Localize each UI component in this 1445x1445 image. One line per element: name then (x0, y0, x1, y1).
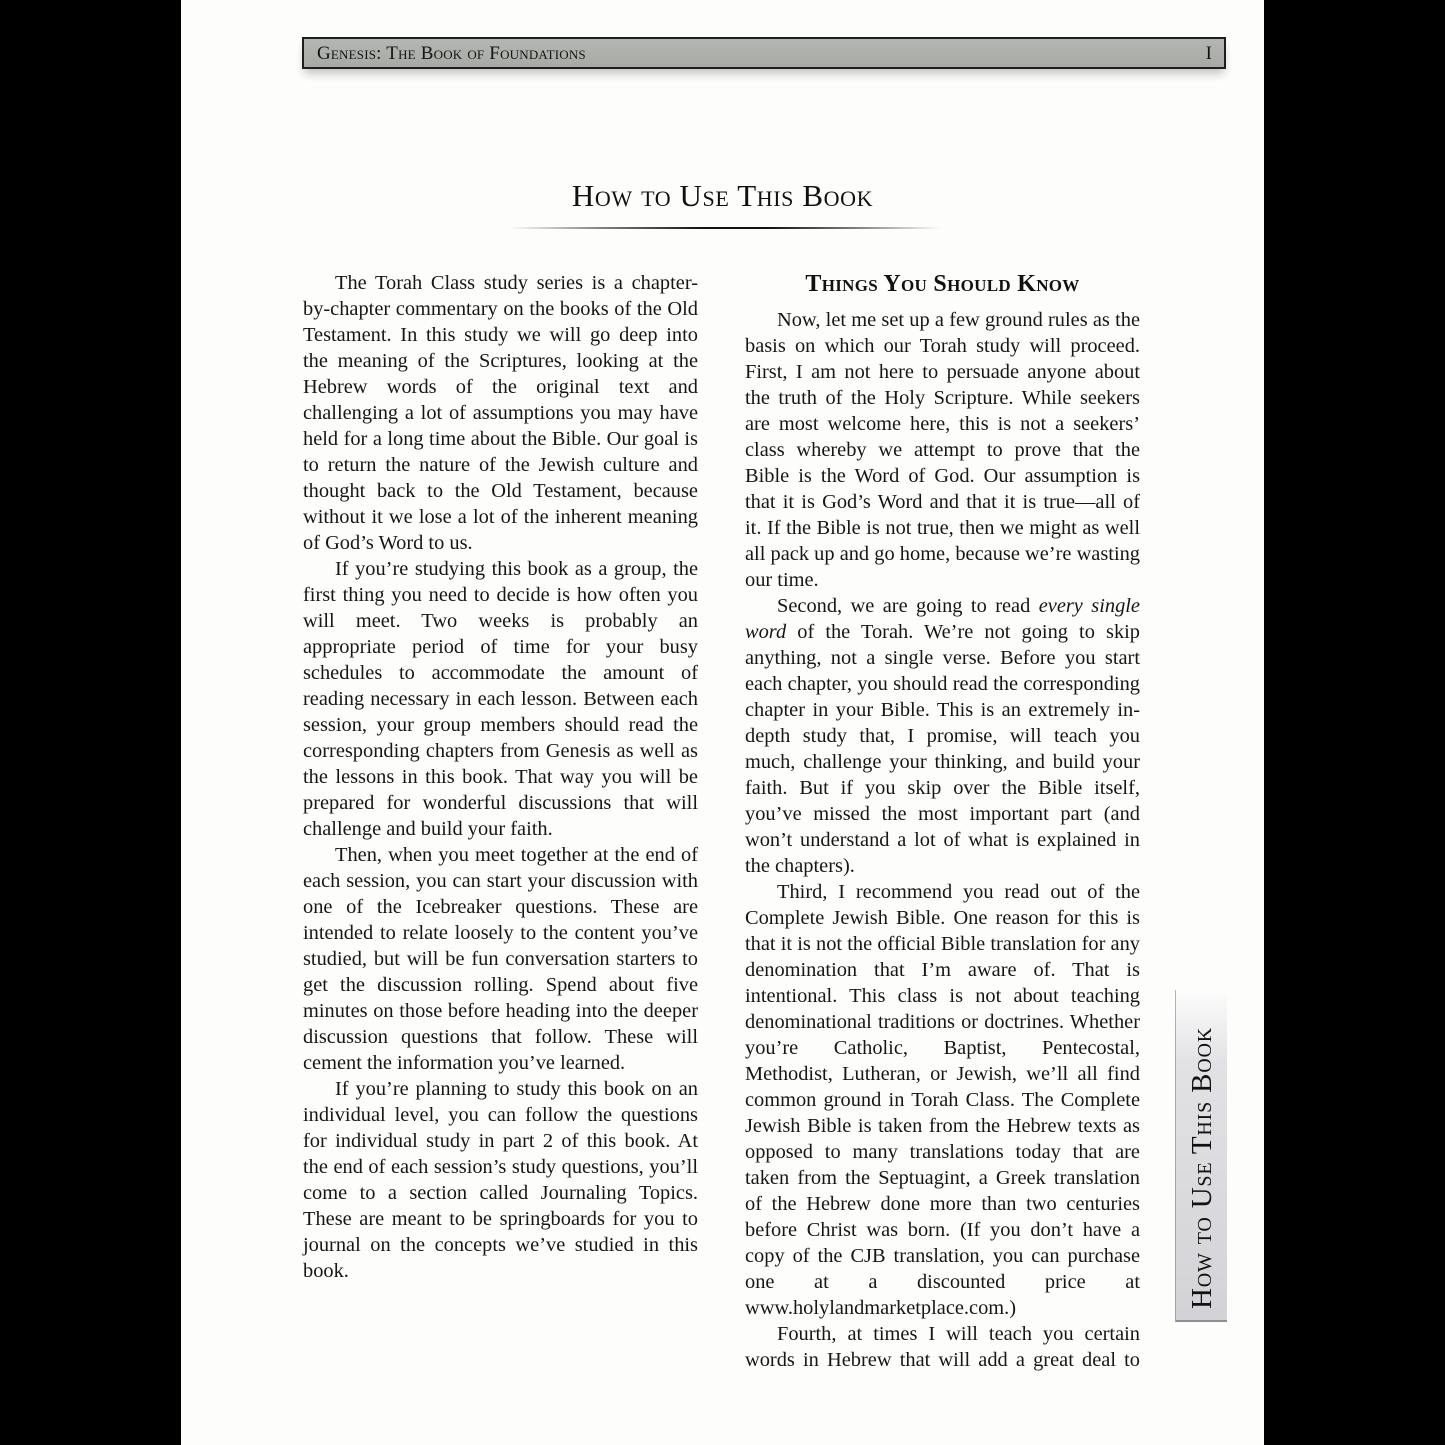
paragraph: Second, we are going to read every singl… (745, 593, 1140, 879)
paragraph-text: Second, we are going to read (777, 595, 1039, 617)
title-underline-divider (510, 227, 940, 229)
paragraph: Fourth, at times I will teach you certai… (745, 1321, 1140, 1373)
running-header-book-title: Genesis: The Book of Foundations (317, 44, 586, 64)
paragraph: Third, I recommend you read out of the C… (745, 879, 1140, 1321)
running-header-bar: Genesis: The Book of Foundations I (302, 37, 1226, 69)
section-heading: Things You Should Know (745, 269, 1140, 299)
book-page: Genesis: The Book of Foundations I How t… (181, 0, 1264, 1445)
paragraph: If you’re planning to study this book on… (303, 1076, 698, 1284)
paragraph: Then, when you meet together at the end … (303, 842, 698, 1076)
right-text-column: Things You Should Know Now, let me set u… (745, 269, 1140, 1373)
paragraph: If you’re studying this book as a group,… (303, 556, 698, 842)
paragraph: Now, let me set up a few ground rules as… (745, 307, 1140, 593)
side-tab-label: How to Use This Book (1187, 1027, 1217, 1309)
paragraph: The Torah Class study series is a chapte… (303, 270, 698, 556)
left-text-column: The Torah Class study series is a chapte… (303, 270, 698, 1284)
page-number: I (1206, 44, 1212, 64)
chapter-title: How to Use This Book (181, 178, 1264, 214)
side-thumb-tab: How to Use This Book (1175, 990, 1227, 1322)
paragraph-text: of the Torah. We’re not going to skip an… (745, 621, 1140, 877)
